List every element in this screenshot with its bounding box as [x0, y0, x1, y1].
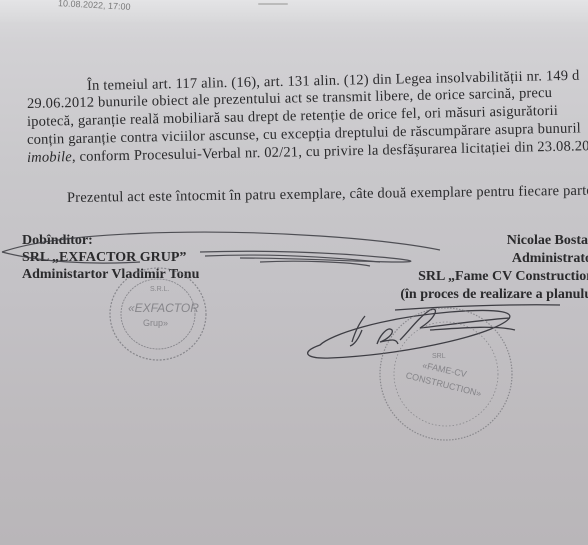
- svg-text:Grup»: Grup»: [143, 318, 168, 328]
- buyer-company-stamp: S.R.L. «EXFACTOR Grup»: [110, 268, 206, 360]
- svg-text:SRL: SRL: [432, 353, 446, 360]
- svg-text:S.R.L.: S.R.L.: [150, 286, 170, 293]
- stamps-and-signatures: S.R.L. «EXFACTOR Grup» SRL «FAME-CV CONS…: [0, 0, 588, 545]
- svg-text:«EXFACTOR: «EXFACTOR: [128, 301, 199, 315]
- scanned-document-page: 10.08.2022, 17:00 În temeiul art. 117 al…: [0, 0, 588, 545]
- buyer-handwritten-signature: [2, 232, 440, 266]
- seller-handwritten-signature: [308, 305, 560, 358]
